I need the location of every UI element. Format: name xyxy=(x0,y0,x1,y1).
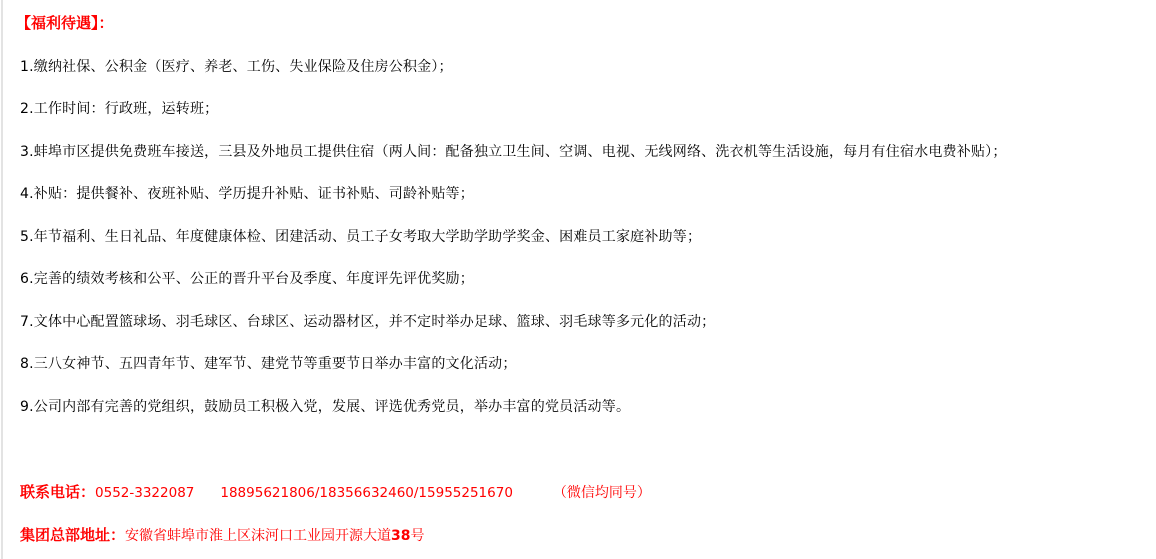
welfare-item-1: 1.缴纳社保、公积金（医疗、养老、工伤、失业保险及住房公积金）； xyxy=(20,58,453,76)
address-suffix: 号 xyxy=(411,528,425,544)
contact-phone-line: 联系电话：0552-332208718895621806/18356632460… xyxy=(20,483,651,501)
address-label: 集团总部地址： xyxy=(20,526,125,544)
welfare-item-5: 5.年节福利、生日礼品、年度健康体检、团建活动、员工子女考取大学助学助学奖金、困… xyxy=(20,228,701,246)
address-line: 集团总部地址：安徽省蚌埠市淮上区沫河口工业园开源大道38号 xyxy=(20,526,425,544)
address-number: 38 xyxy=(391,528,410,544)
welfare-item-8: 8.三八女神节、五四青年节、建军节、建党节等重要节日举办丰富的文化活动； xyxy=(20,355,517,373)
wechat-note: （微信均同号） xyxy=(553,485,651,501)
address-value: 安徽省蚌埠市淮上区沫河口工业园开源大道 xyxy=(125,528,391,544)
welfare-item-4: 4.补贴：提供餐补、夜班补贴、学历提升补贴、证书补贴、司龄补贴等； xyxy=(20,185,474,203)
welfare-item-9: 9.公司内部有完善的党组织，鼓励员工积极入党，发展、评选优秀党员，举办丰富的党员… xyxy=(20,398,630,416)
welfare-item-7: 7.文体中心配置篮球场、羽毛球区、台球区、运动器材区，并不定时举办足球、篮球、羽… xyxy=(20,313,715,331)
contact-phone-label: 联系电话： xyxy=(20,483,95,501)
left-border xyxy=(1,0,3,559)
welfare-item-2: 2.工作时间：行政班，运转班； xyxy=(20,100,218,118)
welfare-item-3: 3.蚌埠市区提供免费班车接送，三县及外地员工提供住宿（两人间：配备独立卫生间、空… xyxy=(20,143,1007,161)
landline-number: 0552-3322087 xyxy=(95,485,194,501)
welfare-item-6: 6.完善的绩效考核和公平、公正的晋升平台及季度、年度评先评优奖励； xyxy=(20,270,474,288)
welfare-heading: 【福利待遇】： xyxy=(16,14,114,32)
mobile-numbers: 18895621806/18356632460/15955251670 xyxy=(220,485,513,501)
